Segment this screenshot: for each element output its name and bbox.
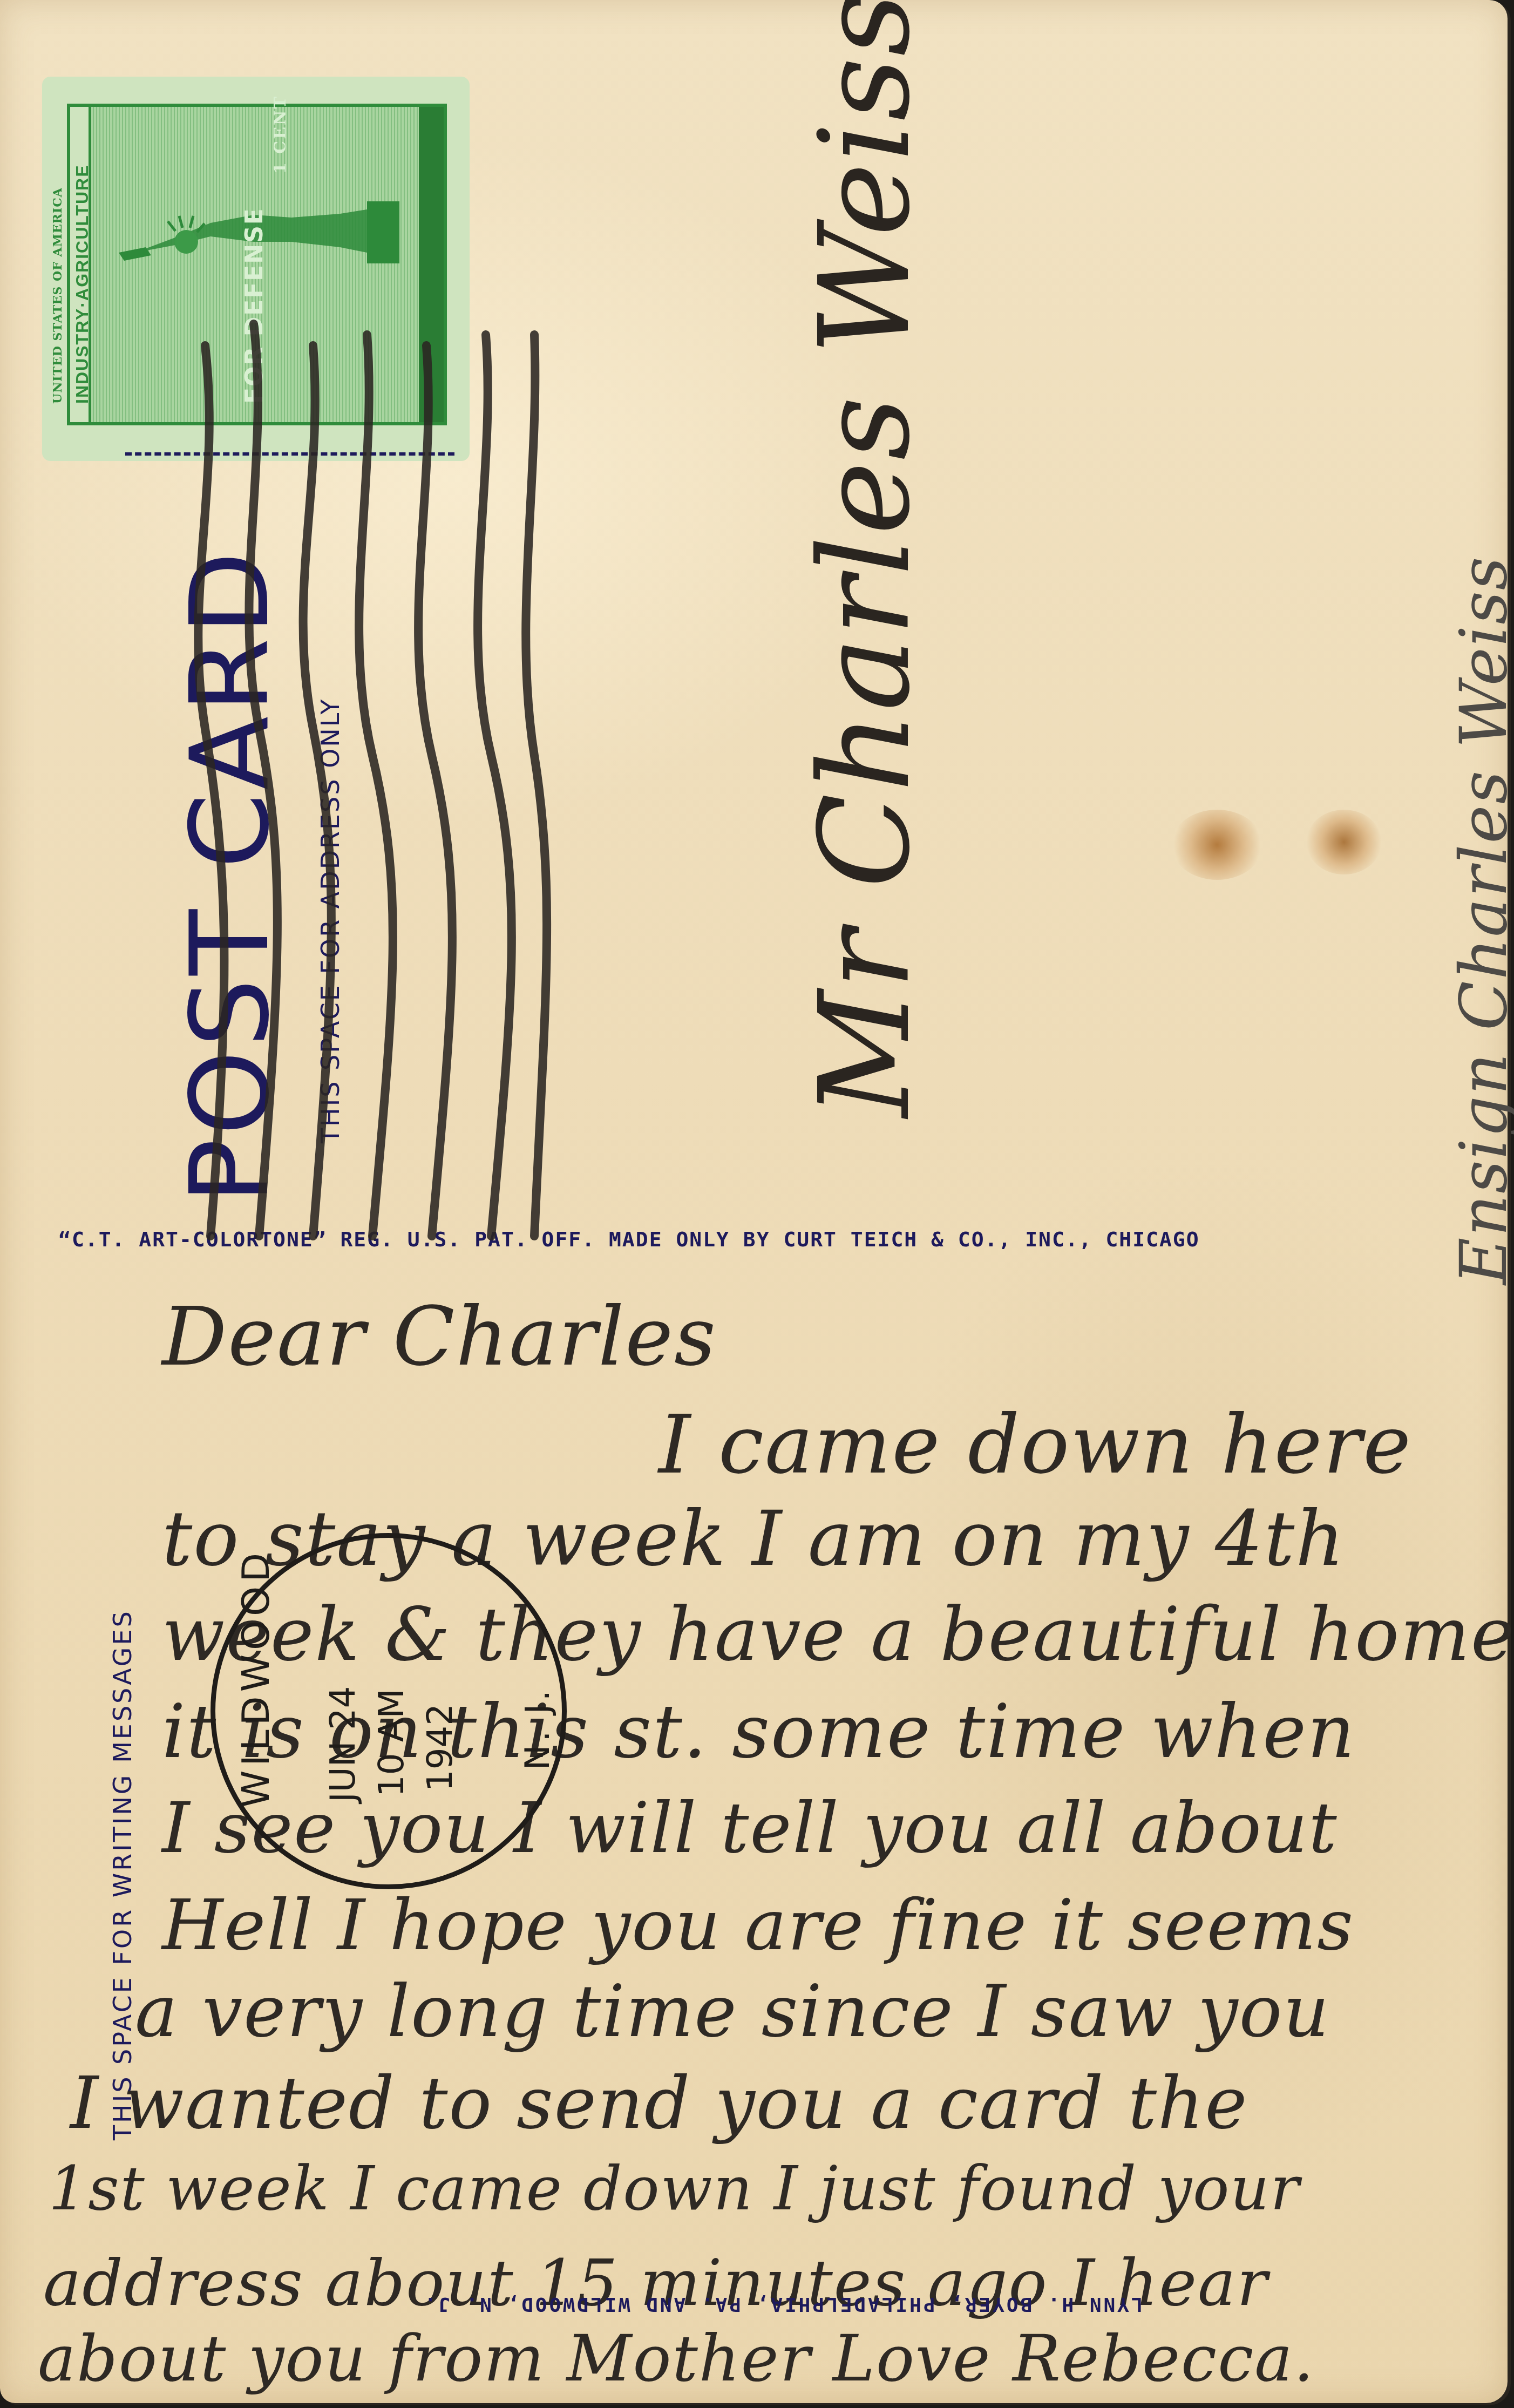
postcard-back: UNITED STATES OF AMERICA INDUSTRY·AGRICU… bbox=[0, 0, 1508, 2403]
postmark: WILDWOOD N. J. JUN 24 10 AM 1942 bbox=[211, 1533, 567, 1889]
message-line: about you from Mother Love Rebecca. bbox=[38, 2321, 1315, 2396]
message-line: Hell I hope you are fine it seems bbox=[162, 1884, 1354, 1966]
stamp-value-band bbox=[419, 107, 444, 422]
message-line: I wanted to send you a card the bbox=[70, 2062, 1248, 2145]
message-space-note: THIS SPACE FOR WRITING MESSAGES bbox=[108, 1609, 137, 2140]
stamp-placement-line bbox=[125, 452, 454, 456]
postcard-title: POST CARD bbox=[167, 548, 293, 1204]
publisher-line: “C.T. ART-COLORTONE” REG. U.S. PAT. OFF.… bbox=[58, 1227, 1200, 1251]
message-line: a very long time since I saw you bbox=[135, 1970, 1330, 2053]
stamp-purpose: FOR DEFENSE bbox=[241, 207, 268, 404]
postmark-town: WILDWOOD bbox=[234, 1549, 278, 1808]
printer-credit: LYNN H. BOYER, PHILADELPHIA, PA. AND WIL… bbox=[324, 2293, 1241, 2315]
recipient-side-note: Ensign Charles Weiss bbox=[1447, 556, 1514, 1285]
rust-stain bbox=[1171, 810, 1263, 880]
postmark-year: 1942 bbox=[420, 1704, 460, 1792]
message-salutation: Dear Charles bbox=[162, 1290, 717, 1384]
postage-stamp: UNITED STATES OF AMERICA INDUSTRY·AGRICU… bbox=[47, 82, 464, 456]
rust-stain bbox=[1306, 810, 1382, 874]
postmark-state: N. J. bbox=[518, 1687, 557, 1770]
message-line: 1st week I came down I just found your bbox=[49, 2154, 1300, 2224]
postmark-time: 10 AM bbox=[372, 1688, 412, 1797]
stamp-motto: INDUSTRY·AGRICULTURE bbox=[72, 164, 92, 404]
recipient-address: Mr Charles Weiss bbox=[793, 0, 938, 1117]
postmark-date: JUN 24 bbox=[323, 1686, 363, 1802]
stamp-country: UNITED STATES OF AMERICA bbox=[51, 187, 65, 404]
message-line: I came down here bbox=[658, 1398, 1412, 1492]
stamp-value: 1 CENT bbox=[271, 95, 290, 174]
address-space-note: THIS SPACE FOR ADDRESS ONLY bbox=[316, 698, 345, 1143]
